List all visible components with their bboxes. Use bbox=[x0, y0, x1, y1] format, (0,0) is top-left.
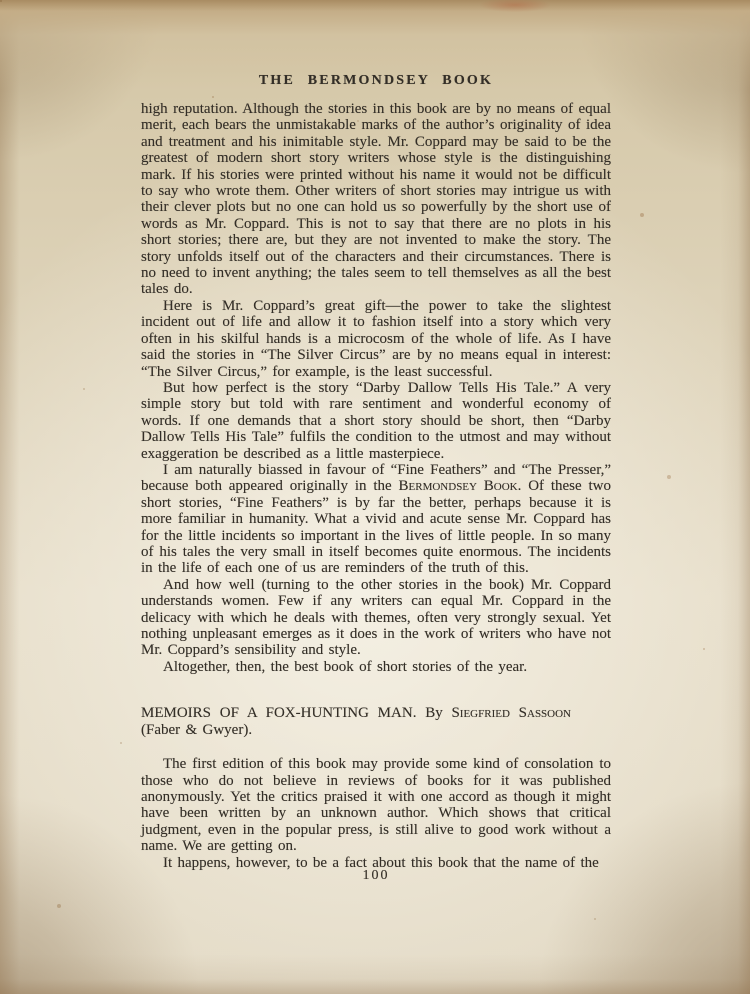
review-heading-line1: MEMOIRS OF A FOX-HUNTING MAN. By Siegfri… bbox=[141, 705, 611, 722]
paragraph: I am naturally biassed in favour of “Fin… bbox=[141, 462, 611, 577]
review-heading: MEMOIRS OF A FOX-HUNTING MAN. By Siegfri… bbox=[141, 705, 611, 739]
scanned-book-page: THE BERMONDSEY BOOK high reputation. Alt… bbox=[0, 0, 750, 994]
review-heading-line2: (Faber & Gwyer). bbox=[141, 722, 611, 739]
paragraph: Here is Mr. Coppard’s great gift—the pow… bbox=[141, 298, 611, 380]
paragraph: The first edition of this book may provi… bbox=[141, 756, 611, 854]
paragraph: Altogether, then, the best book of short… bbox=[141, 659, 611, 675]
paragraph: And how well (turning to the other stori… bbox=[141, 577, 611, 659]
author-name: Siegfried Sassoon bbox=[451, 705, 571, 721]
paragraph: But how perfect is the story “Darby Dall… bbox=[141, 380, 611, 462]
running-header: THE BERMONDSEY BOOK bbox=[141, 73, 611, 89]
paragraph: high reputation. Although the stories in… bbox=[141, 101, 611, 298]
review-title: MEMOIRS OF A FOX-HUNTING MAN. By bbox=[141, 705, 451, 721]
smallcaps-title: Bermondsey Book bbox=[399, 478, 518, 494]
page-number: 100 bbox=[141, 868, 611, 884]
page-body: high reputation. Although the stories in… bbox=[141, 101, 611, 871]
paper-specks bbox=[0, 0, 2, 2]
